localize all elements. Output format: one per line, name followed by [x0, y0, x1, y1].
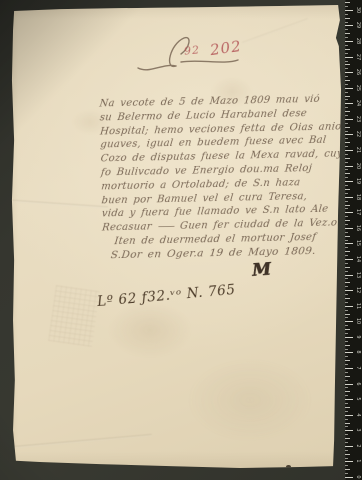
ruler-number: 30	[355, 5, 361, 15]
ruler-tick-major	[345, 41, 353, 42]
ruler-tick-minor	[345, 169, 348, 170]
ruler-tick-half	[345, 2, 350, 3]
ruler-number: 25	[355, 83, 361, 93]
ruler-tick-minor	[345, 465, 348, 466]
ruler-tick-major	[345, 259, 353, 260]
ruler-tick-minor	[345, 240, 348, 241]
ruler-tick-minor	[345, 193, 348, 194]
ruler-number: 26	[355, 67, 361, 77]
scanned-document-photo: 92 202 Na vecote de 5 de Mazo 1809 mau v…	[0, 0, 362, 480]
ruler-tick-minor	[345, 333, 348, 334]
ruler-tick-minor	[345, 6, 348, 7]
ruler-tick-minor	[345, 177, 348, 178]
ruler-tick-half	[345, 18, 350, 19]
ruler-tick-major	[345, 103, 353, 104]
ruler-tick-minor	[345, 372, 348, 373]
ruler-tick-minor	[345, 201, 348, 202]
ruler-tick-major	[345, 88, 353, 89]
ruler-tick-major	[345, 384, 353, 385]
measurement-ruler: 3029282726252423222120191817161514131211…	[345, 0, 362, 480]
ruler-number: 4	[355, 410, 361, 420]
ruler-tick-minor	[345, 131, 348, 132]
ruler-tick-half	[345, 329, 350, 330]
ruler-tick-minor	[345, 271, 348, 272]
ruler-tick-half	[345, 438, 350, 439]
ruler-tick-minor	[345, 154, 348, 155]
ruler-tick-half	[345, 407, 350, 408]
ruler-tick-half	[345, 220, 350, 221]
ruler-tick-half	[345, 205, 350, 206]
ruler-tick-half	[345, 298, 350, 299]
ruler-tick-minor	[345, 450, 348, 451]
ruler-tick-minor	[345, 263, 348, 264]
ruler-tick-major	[345, 119, 353, 120]
ruler-tick-half	[345, 236, 350, 237]
ruler-tick-major	[345, 275, 353, 276]
ruler-tick-half	[345, 267, 350, 268]
ruler-tick-minor	[345, 216, 348, 217]
ruler-number: 21	[355, 145, 361, 155]
ruler-tick-minor	[345, 99, 348, 100]
ruler-tick-major	[345, 337, 353, 338]
ruler-tick-minor	[345, 458, 348, 459]
archival-reference: Lº 62 ƒ32.ᵛᵒ N. 765	[97, 282, 237, 310]
ruler-tick-minor	[345, 138, 348, 139]
ruler-tick-half	[345, 391, 350, 392]
ruler-tick-minor	[345, 341, 348, 342]
ruler-tick-minor	[345, 286, 348, 287]
ruler-tick-major	[345, 290, 353, 291]
ruler-tick-half	[345, 158, 350, 159]
ruler-number: 9	[355, 332, 361, 342]
ruler-number: 24	[355, 98, 361, 108]
ruler-tick-half	[345, 251, 350, 252]
ruler-tick-minor	[345, 84, 348, 85]
ruler-tick-half	[345, 33, 350, 34]
ruler-tick-minor	[345, 224, 348, 225]
ruler-tick-major	[345, 72, 353, 73]
ruler-number: 1	[355, 456, 361, 466]
ruler-tick-half	[345, 360, 350, 361]
ruler-tick-half	[345, 345, 350, 346]
ruler-tick-half	[345, 454, 350, 455]
ruler-tick-minor	[345, 22, 348, 23]
ruler-number: 14	[355, 254, 361, 264]
ruler-tick-minor	[345, 387, 348, 388]
ruler-tick-minor	[345, 278, 348, 279]
ruler-tick-minor	[345, 185, 348, 186]
paper-crease	[12, 434, 152, 448]
ruler-tick-minor	[345, 317, 348, 318]
ruler-tick-minor	[345, 302, 348, 303]
ruler-tick-minor	[345, 247, 348, 248]
ruler-number: 7	[355, 363, 361, 373]
ruler-number: 16	[355, 223, 361, 233]
paper-crease	[12, 200, 108, 209]
ruler-tick-minor	[345, 107, 348, 108]
ruler-tick-half	[345, 376, 350, 377]
ruler-number: 11	[355, 301, 361, 311]
ruler-tick-half	[345, 189, 350, 190]
ruler-tick-major	[345, 197, 353, 198]
ruler-tick-major	[345, 10, 353, 11]
ruler-tick-minor	[345, 434, 348, 435]
ruler-tick-minor	[345, 325, 348, 326]
manuscript-text-block: Na vecote de 5 de Mazo 1809 mau viósu Be…	[99, 93, 340, 264]
ruler-tick-minor	[345, 473, 348, 474]
ruler-tick-minor	[345, 395, 348, 396]
ruler-number: 19	[355, 176, 361, 186]
blind-stamp-emboss	[48, 285, 99, 347]
ruler-tick-major	[345, 166, 353, 167]
ruler-tick-half	[345, 80, 350, 81]
ruler-number: 15	[355, 238, 361, 248]
ruler-tick-half	[345, 469, 350, 470]
ruler-tick-major	[345, 228, 353, 229]
ruler-number: 17	[355, 207, 361, 217]
ruler-tick-minor	[345, 426, 348, 427]
ruler-tick-minor	[345, 411, 348, 412]
ruler-number: 20	[355, 161, 361, 171]
ruler-tick-half	[345, 314, 350, 315]
ruler-number: 12	[355, 285, 361, 295]
ruler-tick-major	[345, 446, 353, 447]
ruler-number: 22	[355, 129, 361, 139]
ruler-tick-minor	[345, 162, 348, 163]
ruler-number: 6	[355, 379, 361, 389]
ruler-number: 29	[355, 20, 361, 30]
ruler-tick-minor	[345, 123, 348, 124]
ruler-tick-major	[345, 461, 353, 462]
ruler-number: 2	[355, 441, 361, 451]
flourish-letter-icon	[132, 32, 272, 80]
ruler-tick-minor	[345, 29, 348, 30]
ruler-number: 5	[355, 394, 361, 404]
ruler-tick-minor	[345, 356, 348, 357]
ruler-number: 8	[355, 347, 361, 357]
ruler-tick-minor	[345, 53, 348, 54]
ruler-tick-minor	[345, 146, 348, 147]
ruler-tick-minor	[345, 61, 348, 62]
ruler-tick-minor	[345, 115, 348, 116]
ruler-number: 10	[355, 316, 361, 326]
ruler-tick-minor	[345, 364, 348, 365]
ruler-tick-minor	[345, 14, 348, 15]
ruler-tick-major	[345, 25, 353, 26]
ruler-tick-half	[345, 173, 350, 174]
ruler-tick-minor	[345, 294, 348, 295]
ruler-tick-minor	[345, 232, 348, 233]
ruler-number: 18	[355, 192, 361, 202]
ruler-tick-major	[345, 243, 353, 244]
ruler-number: 13	[355, 270, 361, 280]
ruler-tick-half	[345, 49, 350, 50]
red-ink-inscription-left: 92	[183, 43, 200, 58]
ruler-tick-minor	[345, 349, 348, 350]
manuscript-paper: 92 202 Na vecote de 5 de Mazo 1809 mau v…	[0, 0, 362, 480]
ruler-tick-half	[345, 142, 350, 143]
ruler-tick-minor	[345, 76, 348, 77]
ruler-tick-major	[345, 212, 353, 213]
ruler-tick-major	[345, 399, 353, 400]
ruler-tick-half	[345, 127, 350, 128]
ruler-tick-major	[345, 368, 353, 369]
ruler-tick-major	[345, 134, 353, 135]
ruler-tick-half	[345, 111, 350, 112]
ruler-tick-minor	[345, 208, 348, 209]
ruler-tick-half	[345, 64, 350, 65]
ruler-tick-minor	[345, 92, 348, 93]
ruler-tick-major	[345, 430, 353, 431]
ruler-tick-major	[345, 57, 353, 58]
ruler-tick-half	[345, 282, 350, 283]
ruler-tick-minor	[345, 419, 348, 420]
ruler-tick-major	[345, 477, 353, 478]
ruler-number: 28	[355, 36, 361, 46]
ruler-number: 0	[355, 472, 361, 480]
ruler-tick-major	[345, 150, 353, 151]
ruler-number: 23	[355, 114, 361, 124]
ruler-tick-minor	[345, 380, 348, 381]
ruler-tick-minor	[345, 442, 348, 443]
ruler-tick-minor	[345, 68, 348, 69]
ruler-tick-minor	[345, 403, 348, 404]
ruler-tick-half	[345, 423, 350, 424]
paper-speck	[286, 465, 291, 468]
ruler-tick-minor	[345, 45, 348, 46]
ruler-tick-major	[345, 321, 353, 322]
ruler-tick-minor	[345, 37, 348, 38]
ruler-tick-major	[345, 415, 353, 416]
ruler-tick-major	[345, 306, 353, 307]
ruler-tick-half	[345, 96, 350, 97]
ruler-number: 3	[355, 425, 361, 435]
header-flourish: 92 202	[132, 32, 272, 80]
ruler-tick-major	[345, 181, 353, 182]
ruler-number: 27	[355, 52, 361, 62]
notary-monogram: M	[251, 259, 271, 280]
ruler-tick-minor	[345, 310, 348, 311]
ruler-tick-minor	[345, 255, 348, 256]
ruler-tick-major	[345, 352, 353, 353]
